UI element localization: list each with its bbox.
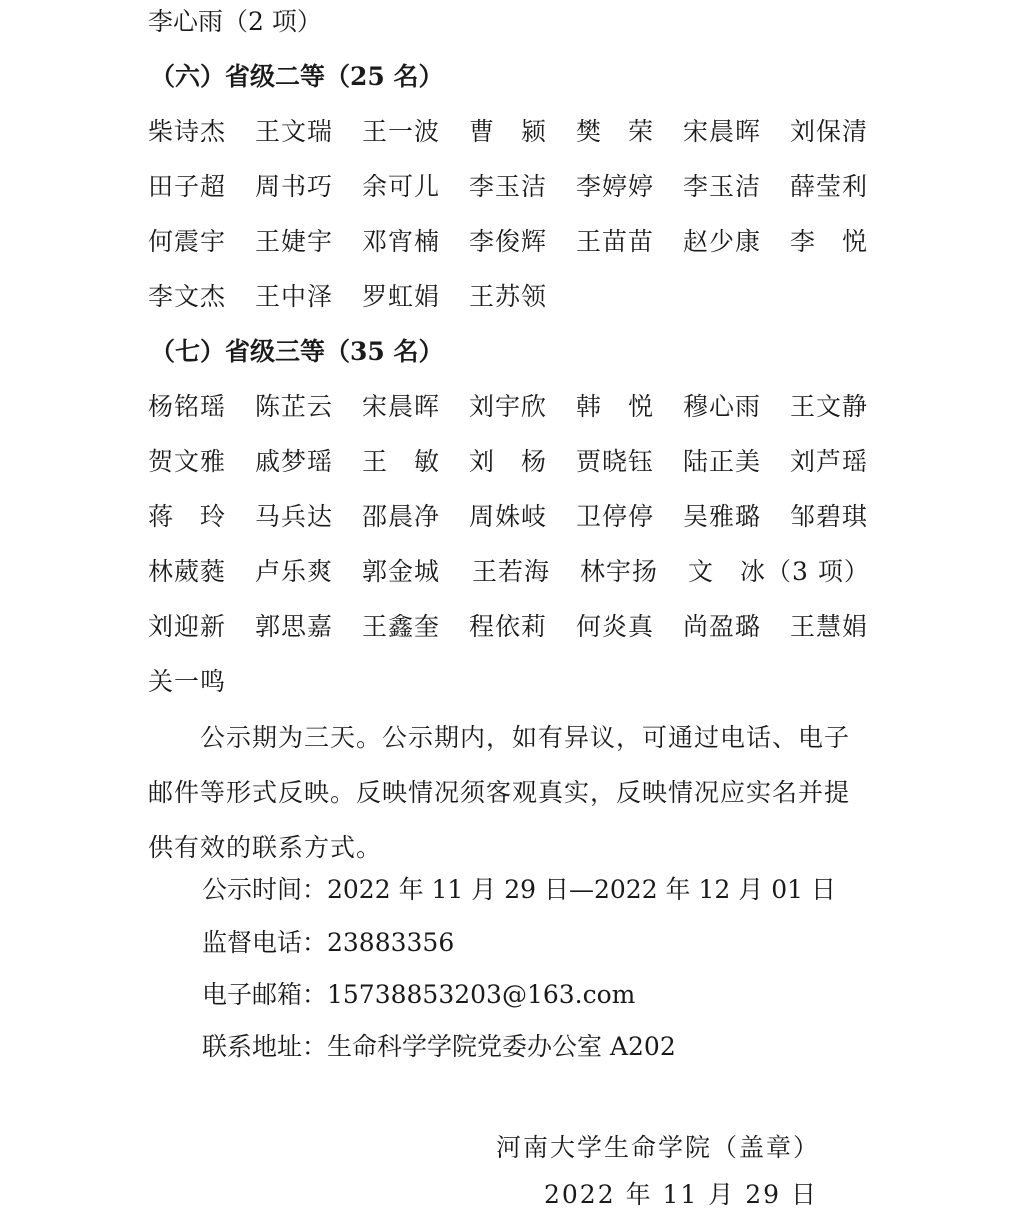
- name-entry: 李俊辉: [469, 227, 547, 257]
- section-heading-provincial-third: （七）省级三等（35 名）: [150, 337, 444, 367]
- name-entry: 文 冰（3 项）: [688, 557, 870, 587]
- name-entry: 刘 杨: [469, 447, 547, 477]
- name-entry: 王文瑞: [255, 117, 333, 147]
- name-entry: 薛莹利: [790, 172, 868, 202]
- section-heading-provincial-second: （六）省级二等（25 名）: [150, 62, 444, 92]
- name-entry: 李文杰: [148, 282, 226, 312]
- name-entry: 郭思嘉: [255, 612, 333, 642]
- name-entry: 郭金城: [362, 557, 440, 587]
- name-entry: 周姝岐: [469, 502, 547, 532]
- notice-paragraph: 公示期为三天。公示期内，如有异议，可通过电话、电子邮件等形式反映。反映情况须客观…: [148, 710, 872, 875]
- name-entry: 关一鸣: [148, 667, 226, 697]
- contact-address: 联系地址：生命科学学院党委办公室 A202: [202, 1032, 676, 1062]
- issuing-organization: 河南大学生命学院（盖章）: [496, 1133, 820, 1163]
- name-entry: 陆正美: [683, 447, 761, 477]
- name-row: 林葳蕤 卢乐爽 郭金城 王若海 林宇扬 文 冰（3 项）: [148, 557, 888, 587]
- name-entry: 王苗苗: [576, 227, 654, 257]
- name-entry: 宋晨晖: [362, 392, 440, 422]
- name-entry: 王鑫奎: [362, 612, 440, 642]
- name-entry: 李玉洁: [469, 172, 547, 202]
- name-entry: 贾晓钰: [576, 447, 654, 477]
- name-entry: 蒋 玲: [148, 502, 226, 532]
- name-entry: 王中泽: [255, 282, 333, 312]
- name-entry: 尚盈璐: [683, 612, 761, 642]
- name-entry: 田子超: [148, 172, 226, 202]
- name-entry: 罗虹娟: [362, 282, 440, 312]
- name-row: 李文杰 王中泽 罗虹娟 王苏领: [148, 282, 888, 312]
- name-entry: 刘迎新: [148, 612, 226, 642]
- name-entry: 王慧娟: [790, 612, 868, 642]
- name-entry: 陈芷云: [255, 392, 333, 422]
- name-entry: 刘保清: [790, 117, 868, 147]
- name-entry: 韩 悦: [576, 392, 654, 422]
- name-entry: 马兵达: [255, 502, 333, 532]
- signature-date: 2022 年 11 月 29 日: [544, 1180, 818, 1210]
- name-entry: 樊 荣: [576, 117, 654, 147]
- name-entry: 何炎真: [576, 612, 654, 642]
- name-row: 关一鸣: [148, 667, 888, 697]
- supervision-phone: 监督电话：23883356: [202, 928, 454, 958]
- name-entry: 程依莉: [469, 612, 547, 642]
- name-entry: 王若海: [472, 557, 550, 587]
- carryover-name-line: 李心雨（2 项）: [148, 7, 322, 37]
- name-row: 贺文雅 戚梦瑶 王 敏 刘 杨 贾晓钰 陆正美 刘芦瑶: [148, 447, 888, 477]
- publicity-period: 公示时间：2022 年 11 月 29 日—2022 年 12 月 01 日: [202, 875, 836, 905]
- name-entry: 吴雅璐: [683, 502, 761, 532]
- name-entry: 杨铭瑶: [148, 392, 226, 422]
- name-entry: 邹碧琪: [790, 502, 868, 532]
- name-entry: 柴诗杰: [148, 117, 226, 147]
- name-entry: 余可儿: [362, 172, 440, 202]
- name-row: 刘迎新 郭思嘉 王鑫奎 程依莉 何炎真 尚盈璐 王慧娟: [148, 612, 888, 642]
- name-row: 蒋 玲 马兵达 邵晨净 周姝岐 卫停停 吴雅璐 邹碧琪: [148, 502, 888, 532]
- name-entry: 周书巧: [255, 172, 333, 202]
- name-entry: 林宇扬: [580, 557, 658, 587]
- contact-email: 电子邮箱：15738853203@163.com: [202, 980, 635, 1010]
- name-entry: 王 敏: [362, 447, 440, 477]
- name-entry: 戚梦瑶: [255, 447, 333, 477]
- name-entry: 曹 颍: [469, 117, 547, 147]
- name-entry: 贺文雅: [148, 447, 226, 477]
- name-entry: 卢乐爽: [255, 557, 333, 587]
- name-entry: 穆心雨: [683, 392, 761, 422]
- name-entry: 李婷婷: [576, 172, 654, 202]
- name-entry: 李 悦: [790, 227, 868, 257]
- name-entry: 宋晨晖: [683, 117, 761, 147]
- name-entry: 王苏领: [469, 282, 547, 312]
- name-entry: 王文静: [790, 392, 868, 422]
- name-entry: 卫停停: [576, 502, 654, 532]
- name-row: 田子超 周书巧 余可儿 李玉洁 李婷婷 李玉洁 薛莹利: [148, 172, 888, 202]
- name-row: 何震宇 王婕宇 邓宵楠 李俊辉 王苗苗 赵少康 李 悦: [148, 227, 888, 257]
- name-entry: 邓宵楠: [362, 227, 440, 257]
- name-entry: 刘宇欣: [469, 392, 547, 422]
- name-entry: 王婕宇: [255, 227, 333, 257]
- name-entry: 赵少康: [683, 227, 761, 257]
- name-row: 杨铭瑶 陈芷云 宋晨晖 刘宇欣 韩 悦 穆心雨 王文静: [148, 392, 888, 422]
- name-entry: 何震宇: [148, 227, 226, 257]
- name-entry: 刘芦瑶: [790, 447, 868, 477]
- name-entry: 邵晨净: [362, 502, 440, 532]
- name-entry: 林葳蕤: [148, 557, 226, 587]
- name-entry: 王一波: [362, 117, 440, 147]
- name-row: 柴诗杰 王文瑞 王一波 曹 颍 樊 荣 宋晨晖 刘保清: [148, 117, 888, 147]
- name-entry: 李玉洁: [683, 172, 761, 202]
- document-page: 李心雨（2 项） （六）省级二等（25 名） 柴诗杰 王文瑞 王一波 曹 颍 樊…: [0, 0, 1024, 1221]
